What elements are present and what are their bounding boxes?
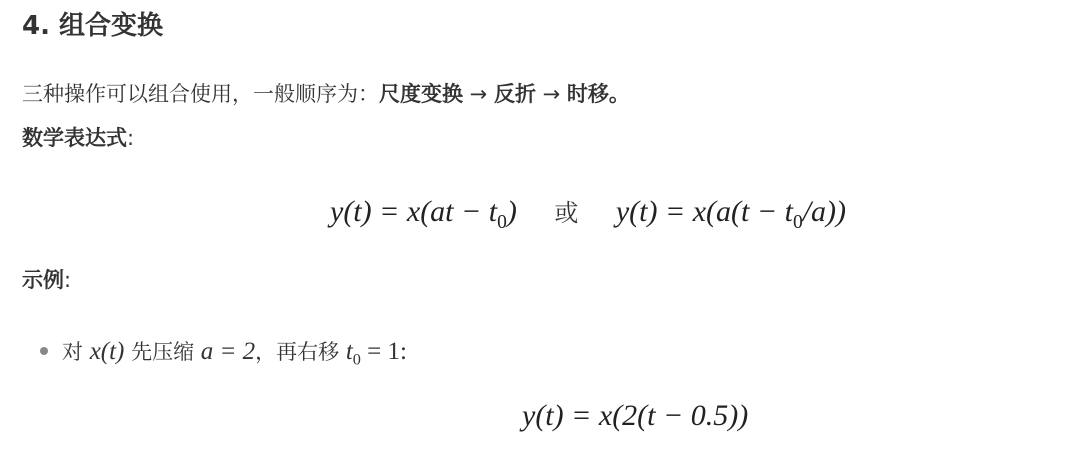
equation-right-tail: /a)) (803, 195, 846, 228)
display-equation-example: y(t) = x(2(t − 0.5)) (522, 396, 748, 436)
equation-right: y(t) = x(a(t − t0/a)) (616, 195, 846, 228)
bullet-icon (40, 347, 48, 355)
example-shift-expression: t0 = 1 (346, 338, 400, 365)
display-equation-general: y(t) = x(at − t0) 或 y(t) = x(a(t − t0/a)… (330, 192, 846, 243)
example-prefix: 对 (62, 340, 90, 364)
intro-paragraph: 三种操作可以组合使用，一般顺序为：尺度变换 → 反折 → 时移。 (22, 78, 630, 110)
example-list-item: 对 x(t) 先压缩 a = 2，再右移 t0 = 1: (40, 334, 407, 378)
arrow-1: → (463, 82, 494, 106)
equation-right-body: y(t) = x(a(t − t (616, 195, 793, 228)
equation-left: y(t) = x(at − t0) (330, 195, 517, 228)
example-shift-text: ，再右移 (255, 340, 346, 364)
example-label: 示例 (22, 268, 64, 292)
shift-variable: t (346, 338, 353, 365)
equation-left-body: y(t) = x(at − t (330, 195, 497, 228)
equation-left-tail: ) (507, 195, 517, 228)
example-function: x(t) (90, 338, 125, 365)
example-scale-value: a = 2 (201, 338, 255, 365)
equation-left-subscript: 0 (497, 212, 507, 233)
arrow-2: → (536, 82, 567, 106)
order-step-2: 反折 (494, 82, 536, 106)
intro-text: 三种操作可以组合使用，一般顺序为： (22, 82, 379, 106)
section-heading: 4. 组合变换 (22, 6, 163, 46)
example-label-line: 示例: (22, 264, 71, 296)
equation-right-subscript: 0 (793, 212, 803, 233)
example-suffix: : (400, 338, 407, 365)
formula-label-colon: : (127, 126, 134, 150)
shift-subscript: 0 (353, 351, 361, 369)
example-label-colon: : (64, 268, 71, 292)
formula-label: 数学表达式 (22, 126, 127, 150)
shift-value: = 1 (361, 338, 400, 365)
formula-label-line: 数学表达式: (22, 122, 134, 154)
order-step-3: 时移。 (567, 82, 630, 106)
equation-separator: 或 (554, 199, 578, 227)
order-step-1: 尺度变换 (379, 82, 463, 106)
example-compress-text: 先压缩 (124, 340, 200, 364)
